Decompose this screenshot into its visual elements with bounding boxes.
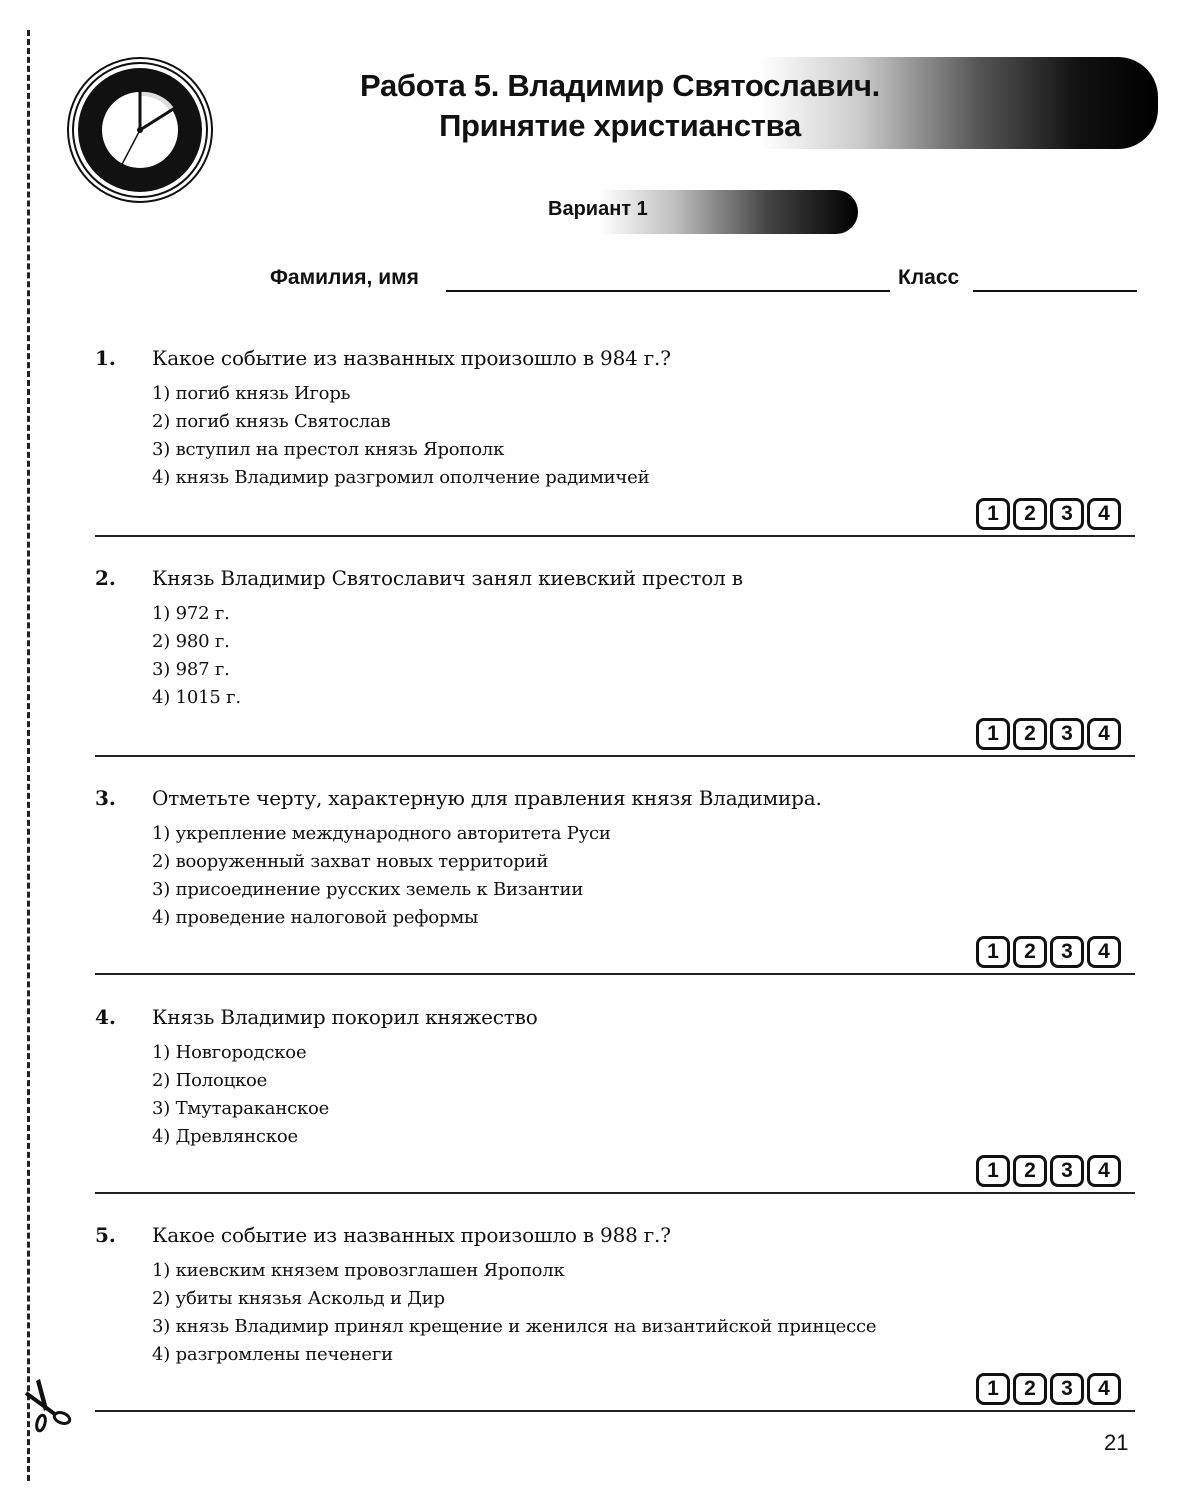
option: 3) присоединение русских земель к Визант… [152, 878, 611, 906]
divider [95, 755, 1135, 757]
answer-box-1[interactable]: 1 [976, 1155, 1010, 1187]
divider [95, 973, 1135, 975]
answer-box-1[interactable]: 1 [976, 718, 1010, 750]
question-1: 1. Какое событие из названных произошло … [95, 346, 1135, 538]
question-4: 4. Князь Владимир покорил княжество 1) Н… [95, 1005, 1135, 1197]
answer-box-2[interactable]: 2 [1013, 1155, 1047, 1187]
option: 3) 987 г. [152, 658, 241, 686]
option: 2) погиб князь Святослав [152, 410, 649, 438]
option: 3) князь Владимир принял крещение и жени… [152, 1315, 876, 1343]
question-3: 3. Отметьте черту, характерную для правл… [95, 786, 1135, 978]
question-number: 5. [95, 1223, 116, 1247]
option: 3) Тмутараканское [152, 1097, 329, 1125]
answer-box-2[interactable]: 2 [1013, 718, 1047, 750]
cut-line [27, 30, 30, 1481]
variant-label: Вариант 1 [548, 198, 648, 221]
title-line-2: Принятие христианства [300, 106, 940, 146]
question-number: 3. [95, 786, 116, 810]
divider [95, 1192, 1135, 1194]
option: 1) укрепление международного авторитета … [152, 822, 611, 850]
option: 3) вступил на престол князь Ярополк [152, 438, 649, 466]
name-label: Фамилия, имя [270, 266, 419, 290]
options-list: 1) 972 г. 2) 980 г. 3) 987 г. 4) 1015 г. [152, 602, 241, 714]
options-list: 1) погиб князь Игорь 2) погиб князь Свят… [152, 382, 649, 494]
clock-icon [66, 56, 214, 204]
class-field[interactable] [973, 290, 1137, 292]
option: 4) разгромлены печенеги [152, 1343, 876, 1371]
answer-box-3[interactable]: 3 [1050, 498, 1084, 530]
option: 4) 1015 г. [152, 686, 241, 714]
question-text: Какое событие из названных произошло в 9… [152, 1223, 671, 1247]
answer-boxes: 1 2 3 4 [976, 1373, 1121, 1405]
option: 1) 972 г. [152, 602, 241, 630]
answer-box-4[interactable]: 4 [1087, 498, 1121, 530]
question-text: Какое событие из названных произошло в 9… [152, 346, 671, 370]
student-info-row: Фамилия, имя Класс [270, 264, 1140, 294]
answer-box-3[interactable]: 3 [1050, 1155, 1084, 1187]
name-field[interactable] [446, 290, 890, 292]
answer-box-3[interactable]: 3 [1050, 718, 1084, 750]
option: 4) князь Владимир разгромил ополчение ра… [152, 466, 649, 494]
answer-box-1[interactable]: 1 [976, 1373, 1010, 1405]
page-number: 21 [1104, 1430, 1128, 1456]
answer-box-3[interactable]: 3 [1050, 936, 1084, 968]
class-label: Класс [898, 266, 959, 290]
option: 1) киевским князем провозглашен Ярополк [152, 1259, 876, 1287]
question-text: Князь Владимир покорил княжество [152, 1005, 538, 1029]
title-line-1: Работа 5. Владимир Святославич. [300, 66, 940, 106]
divider [95, 535, 1135, 537]
option: 2) убиты князья Аскольд и Дир [152, 1287, 876, 1315]
answer-box-4[interactable]: 4 [1087, 1373, 1121, 1405]
answer-box-4[interactable]: 4 [1087, 1155, 1121, 1187]
answer-box-2[interactable]: 2 [1013, 1373, 1047, 1405]
answer-box-4[interactable]: 4 [1087, 936, 1121, 968]
options-list: 1) укрепление международного авторитета … [152, 822, 611, 934]
option: 4) Древлянское [152, 1125, 329, 1153]
answer-box-1[interactable]: 1 [976, 498, 1010, 530]
answer-box-2[interactable]: 2 [1013, 498, 1047, 530]
option: 1) Новгородское [152, 1041, 329, 1069]
answer-box-4[interactable]: 4 [1087, 718, 1121, 750]
divider [95, 1410, 1135, 1412]
answer-box-3[interactable]: 3 [1050, 1373, 1084, 1405]
option: 2) 980 г. [152, 630, 241, 658]
scissors-icon [22, 1373, 72, 1433]
answer-boxes: 1 2 3 4 [976, 498, 1121, 530]
option: 4) проведение налоговой реформы [152, 906, 611, 934]
question-5: 5. Какое событие из названных произошло … [95, 1223, 1135, 1415]
option: 2) Полоцкое [152, 1069, 329, 1097]
question-number: 2. [95, 566, 116, 590]
question-text: Отметьте черту, характерную для правлени… [152, 786, 822, 810]
page-title: Работа 5. Владимир Святославич. Принятие… [300, 66, 940, 146]
question-2: 2. Князь Владимир Святославич занял киев… [95, 566, 1135, 758]
answer-box-2[interactable]: 2 [1013, 936, 1047, 968]
options-list: 1) Новгородское 2) Полоцкое 3) Тмутарака… [152, 1041, 329, 1153]
option: 1) погиб князь Игорь [152, 382, 649, 410]
option: 2) вооруженный захват новых территорий [152, 850, 611, 878]
options-list: 1) киевским князем провозглашен Ярополк … [152, 1259, 876, 1371]
answer-boxes: 1 2 3 4 [976, 936, 1121, 968]
question-number: 4. [95, 1005, 116, 1029]
question-text: Князь Владимир Святославич занял киевски… [152, 566, 743, 590]
answer-box-1[interactable]: 1 [976, 936, 1010, 968]
question-number: 1. [95, 346, 116, 370]
answer-boxes: 1 2 3 4 [976, 1155, 1121, 1187]
answer-boxes: 1 2 3 4 [976, 718, 1121, 750]
